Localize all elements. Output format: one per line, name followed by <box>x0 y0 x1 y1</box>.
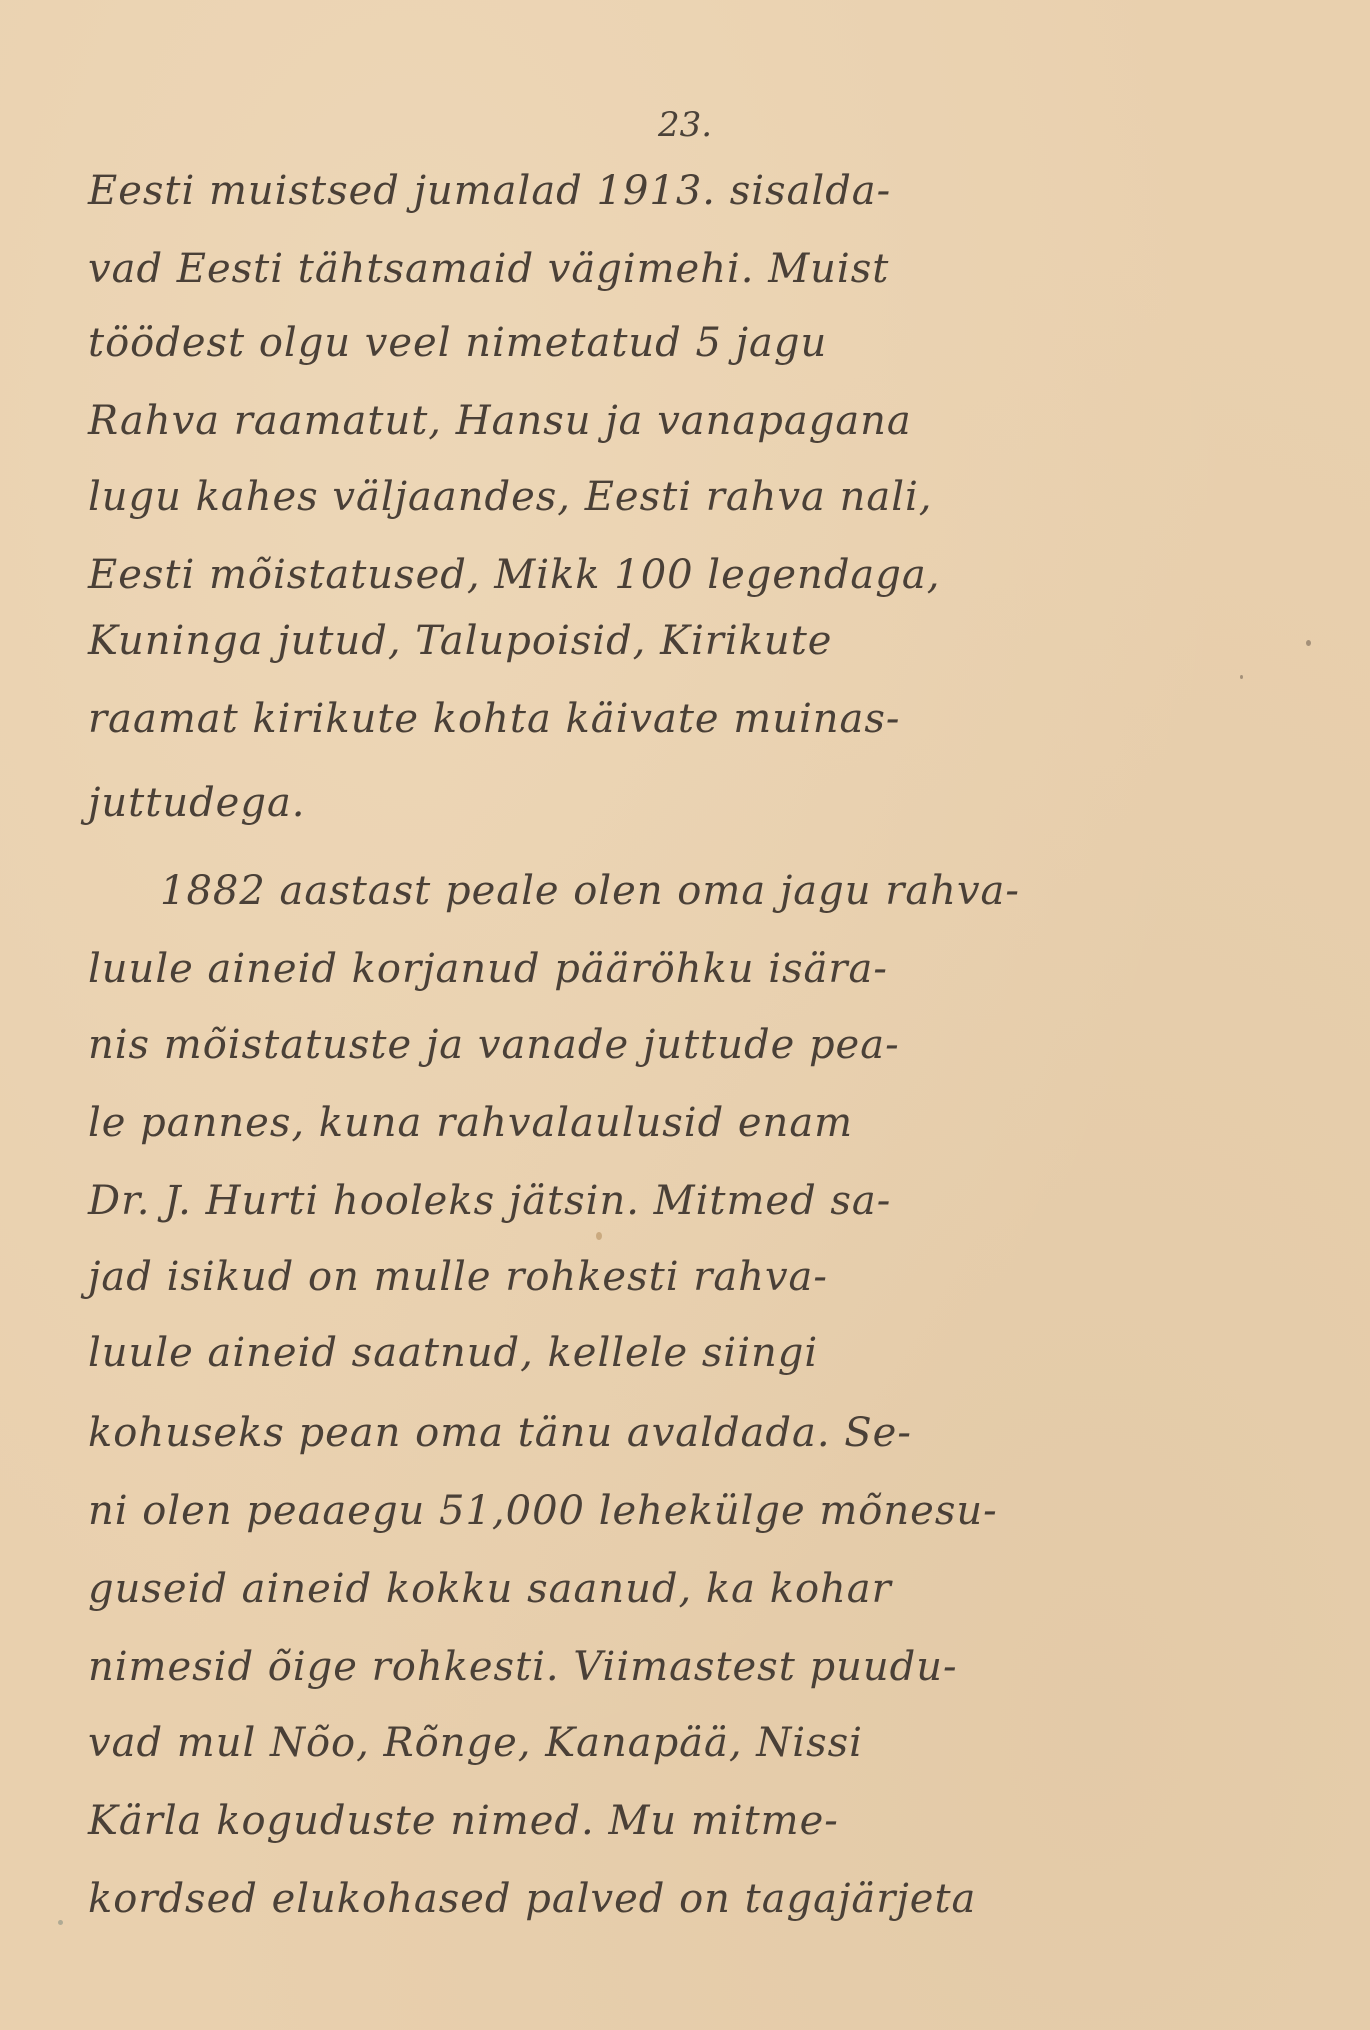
paper-speck <box>1240 675 1243 679</box>
text-line-7: Kuninga jutud, Talupoisid, Kirikute <box>88 618 832 664</box>
text-line-10: 1882 aastast peale olen oma jagu rahva- <box>160 868 1020 914</box>
text-line-19: guseid aineid kokku saanud, ka kohar <box>88 1566 892 1612</box>
text-line-6: Eesti mõistatused, Mikk 100 legendaga, <box>88 552 940 598</box>
text-line-11: luule aineid korjanud pääröhku isära- <box>88 946 888 992</box>
text-line-8: raamat kirikute kohta käivate muinas- <box>88 696 900 742</box>
manuscript-page: 23. Eesti muistsed jumalad 1913. sisalda… <box>0 0 1370 2030</box>
text-line-20: nimesid õige rohkesti. Viimastest puudu- <box>88 1644 958 1690</box>
text-line-16: luule aineid saatnud, kellele siingi <box>88 1330 818 1376</box>
paper-speck <box>1306 640 1311 646</box>
paper-speck <box>58 1920 63 1925</box>
page-number: 23. <box>0 105 1370 145</box>
text-line-21: vad mul Nõo, Rõnge, Kanapää, Nissi <box>88 1720 863 1766</box>
text-line-13: le pannes, kuna rahvalaulusid enam <box>88 1100 853 1146</box>
text-line-2: vad Eesti tähtsamaid vägimehi. Muist <box>88 246 889 292</box>
text-line-12: nis mõistatuste ja vanade juttude pea- <box>88 1022 900 1068</box>
text-line-14: Dr. J. Hurti hooleks jätsin. Mitmed sa- <box>88 1178 891 1224</box>
text-line-5: lugu kahes väljaandes, Eesti rahva nali, <box>88 474 933 520</box>
text-line-22: Kärla koguduste nimed. Mu mitme- <box>88 1798 839 1844</box>
text-line-3: töödest olgu veel nimetatud 5 jagu <box>88 320 827 366</box>
paper-speck <box>596 1232 602 1240</box>
text-line-23: kordsed elukohased palved on tagajärjeta <box>88 1876 976 1922</box>
text-line-15: jad isikud on mulle rohkesti rahva- <box>88 1254 828 1300</box>
text-line-9: juttudega. <box>88 780 306 826</box>
text-line-1: Eesti muistsed jumalad 1913. sisalda- <box>88 168 891 214</box>
text-line-4: Rahva raamatut, Hansu ja vanapagana <box>88 398 912 444</box>
text-line-18: ni olen peaaegu 51,000 lehekülge mõnesu- <box>88 1488 998 1534</box>
text-line-17: kohuseks pean oma tänu avaldada. Se- <box>88 1410 912 1456</box>
